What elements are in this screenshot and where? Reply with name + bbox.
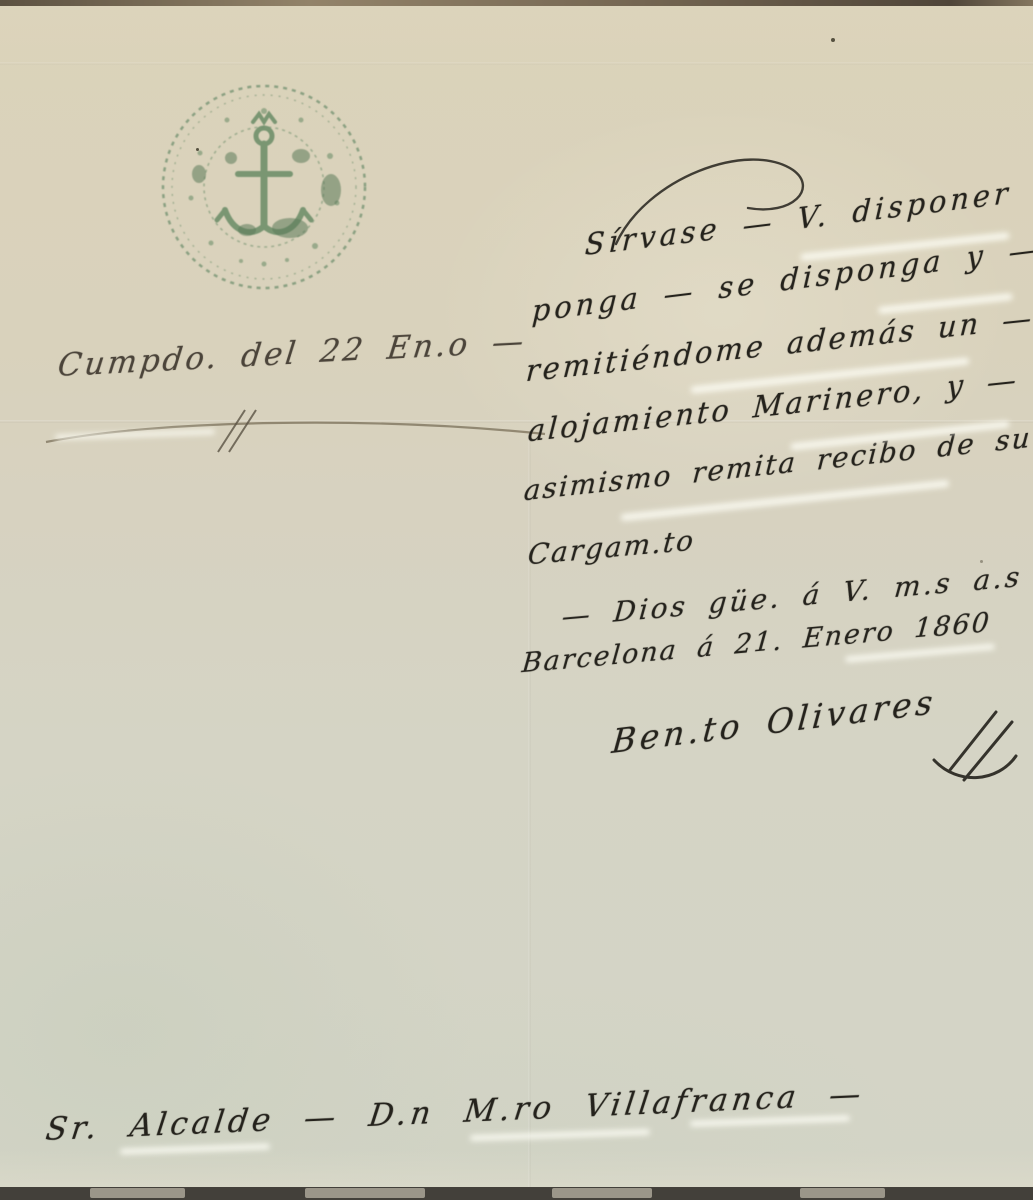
scanned-letter-page: Cumpdo. del 22 En.o — Sírvase — V. dispo… xyxy=(0,0,1033,1200)
signature-rubric xyxy=(928,698,1023,793)
scan-edge-bottom xyxy=(0,1187,1033,1200)
paper-tone-band xyxy=(0,0,1033,68)
ink-speck xyxy=(196,148,199,151)
scan-edge-highlight xyxy=(800,1188,885,1198)
flourish-underline xyxy=(40,408,560,454)
crowned-anchor-icon xyxy=(155,78,373,296)
margin-note: Cumpdo. del 22 En.o — xyxy=(56,323,529,384)
scan-edge-highlight xyxy=(305,1188,425,1198)
scan-glare xyxy=(120,1143,270,1154)
letter-line-6: Cargam.to xyxy=(527,523,697,571)
fold-crease-horizontal xyxy=(0,62,1033,65)
ink-speck xyxy=(831,38,835,42)
scan-edge-top xyxy=(0,0,1033,6)
scan-edge-highlight xyxy=(90,1188,185,1198)
signature: Ben.to Olivares xyxy=(610,682,938,762)
ink-speck xyxy=(980,560,983,563)
addressee-line: Sr. Alcalde — D.n M.ro Villafranca — xyxy=(44,1076,867,1148)
scan-glare xyxy=(470,1129,650,1141)
naval-seal-stamp xyxy=(155,78,373,296)
scan-edge-highlight xyxy=(552,1188,652,1198)
paper-tone-band xyxy=(0,1150,1033,1190)
